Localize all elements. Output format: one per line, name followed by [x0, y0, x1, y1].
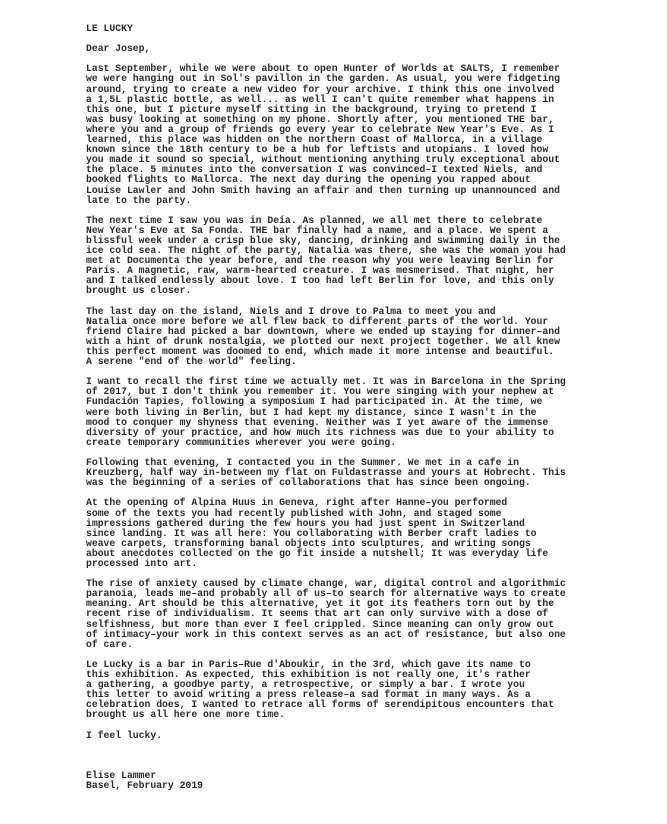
paragraph: At the opening of Alpina Huus in Geneva,… [86, 498, 646, 569]
letter-page: LE LUCKY Dear Josep, Last September, whi… [86, 24, 646, 791]
paragraph-line: late to the party. [86, 196, 646, 206]
paragraph-line: create temporary communities wherever yo… [86, 438, 646, 448]
signature-place-date: Basel, February 2019 [86, 781, 646, 791]
paragraph: The next time I saw you was in Deía. As … [86, 216, 646, 297]
paragraph-line: At the opening of Alpina Huus in Geneva,… [86, 498, 646, 508]
spacer [86, 34, 646, 44]
paragraph: I feel lucky. [86, 731, 646, 741]
paragraph: The rise of anxiety caused by climate ch… [86, 579, 646, 650]
paragraph-line: brought us closer. [86, 286, 646, 296]
paragraph: Le Lucky is a bar in Paris–Rue d'Aboukir… [86, 660, 646, 721]
spacer [86, 751, 646, 771]
paragraph-line: of intimacy–your work in this context se… [86, 630, 646, 640]
document-title: LE LUCKY [86, 24, 646, 34]
paragraph-line: A serene "end of the world" feeling. [86, 357, 646, 367]
paragraph-line: was the beginning of a series of collabo… [86, 478, 646, 488]
paragraph: The last day on the island, Niels and I … [86, 307, 646, 368]
letter-body: Last September, while we were about to o… [86, 64, 646, 740]
paragraph-line: booked flights to Mallorca. The next day… [86, 175, 646, 185]
paragraph-line: processed into art. [86, 559, 646, 569]
paragraph: Following that evening, I contacted you … [86, 458, 646, 488]
paragraph-line: of care. [86, 640, 646, 650]
paragraph-line: brought us all here one more time. [86, 710, 646, 720]
paragraph: Last September, while we were about to o… [86, 64, 646, 205]
paragraph: I want to recall the first time we actua… [86, 377, 646, 448]
paragraph-line: I feel lucky. [86, 731, 646, 741]
salutation: Dear Josep, [86, 44, 646, 54]
